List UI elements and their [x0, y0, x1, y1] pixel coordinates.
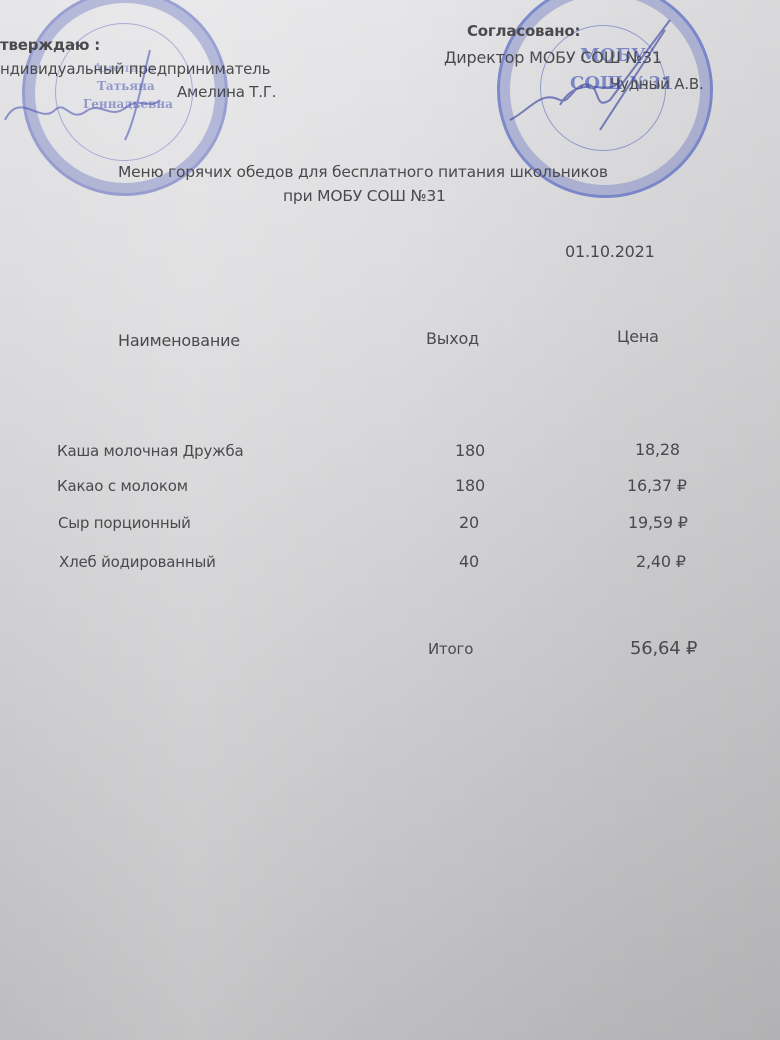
total-label: Итого	[428, 640, 473, 658]
total-value: 56,64 ₽	[630, 638, 697, 659]
row-price: 18,28	[635, 440, 680, 459]
row-name: Какао с молоком	[57, 477, 188, 495]
right-signature	[500, 10, 700, 170]
row-name: Каша молочная Дружба	[57, 442, 244, 460]
header-price: Цена	[617, 327, 659, 346]
row-yield: 20	[459, 513, 479, 532]
document-title-line-1: Меню горячих обедов для бесплатного пита…	[118, 163, 608, 181]
row-price: 16,37 ₽	[627, 476, 687, 495]
row-yield: 40	[459, 552, 479, 571]
row-price: 19,59 ₽	[628, 513, 688, 532]
document-date: 01.10.2021	[565, 242, 655, 261]
document-title-line-2: при МОБУ СОШ №31	[283, 187, 446, 205]
row-yield: 180	[455, 476, 485, 495]
row-yield: 180	[455, 441, 485, 460]
row-name: Сыр порционный	[58, 514, 191, 532]
row-name: Хлеб йодированный	[59, 553, 216, 571]
row-price: 2,40 ₽	[636, 552, 686, 571]
header-name: Наименование	[118, 331, 240, 350]
header-yield: Выход	[426, 329, 479, 348]
left-signature	[0, 30, 200, 130]
